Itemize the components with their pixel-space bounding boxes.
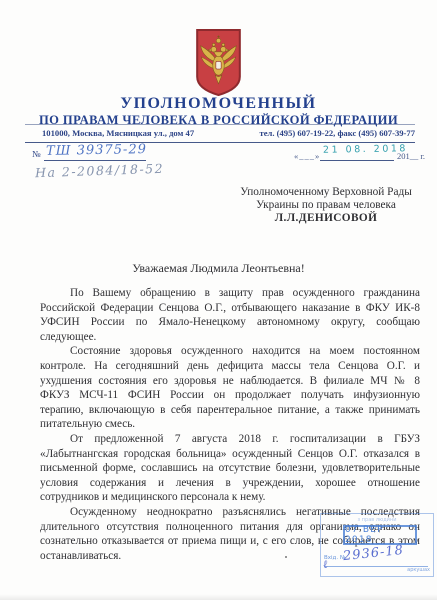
stamp-date-box: 07 ВЕР 2018: [343, 525, 417, 545]
org-address: 101000, Москва, Мясницкая ул., дом 47: [42, 128, 194, 138]
incoming-ref-handwritten: На 2-2084/18-52: [35, 161, 165, 180]
letterhead-contact-row: 101000, Москва, Мясницкая ул., дом 47 те…: [42, 128, 415, 138]
recipient-line2: Украины по правам человека: [226, 199, 426, 212]
scanned-letter-page: УПОЛНОМОЧЕННЫЙ ПО ПРАВАМ ЧЕЛОВЕКА В РОСС…: [0, 0, 437, 600]
stamp-date: 07 ВЕР 2018: [345, 525, 415, 545]
recipient-block: Уполномоченному Верховной Рады Украины п…: [226, 186, 426, 225]
incoming-registry-stamp: з прав людини 07 ВЕР 2018 Вхід. № 2936-1…: [320, 513, 434, 577]
salutation: Уважаемая Людмила Леонтьевна!: [0, 261, 437, 276]
date-year-suffix: 201__ г.: [397, 151, 425, 161]
outgoing-number-label: №: [32, 149, 41, 159]
body-line: контроле. На сегодняшний день дефицита м…: [40, 359, 420, 374]
body-line: питательную смесь.: [40, 417, 420, 432]
body-line: условия содержания и лечения в учреждени…: [40, 476, 420, 491]
recipient-line1: Уполномоченному Верховной Рады: [226, 186, 426, 199]
outgoing-number-handwritten: ТШ 39375-29: [46, 142, 147, 159]
body-line: УФСИН России по Ямало-Ненецкому автономн…: [40, 315, 420, 330]
org-phone-fax: тел. (495) 607-19-22, факс (495) 607-39-…: [259, 128, 415, 138]
org-title-line1: УПОЛНОМОЧЕННЫЙ: [0, 95, 437, 113]
outgoing-number-blank-line: [44, 160, 146, 161]
scan-artifact-dot: [285, 556, 287, 558]
date-day-blank: «___»: [294, 151, 320, 161]
body-line: Состояние здоровья осужденного находится…: [40, 344, 420, 359]
recipient-name: Л.Л.ДЕНИСОВОЙ: [226, 212, 426, 225]
body-line: ухудшения состояния его здоровья не набл…: [40, 374, 420, 389]
received-date-stamp: 21 08. 2018: [323, 143, 408, 155]
body-line: «Лабытнангская городская больница» осужд…: [40, 447, 420, 462]
letterhead-rule-top: [25, 124, 415, 125]
body-line: Российской Федерации Сенцова О.Г., отбыв…: [40, 301, 420, 316]
stamp-faint-header: з прав людини: [321, 517, 433, 523]
body-line: ФКУЗ МСЧ-11 ФСИН России он продолжает по…: [40, 388, 420, 403]
body-line: По Вашему обращению в защиту прав осужде…: [40, 286, 420, 301]
russia-coat-of-arms-icon: [195, 28, 242, 97]
body-line: От предложенной 7 августа 2018 г. госпит…: [40, 432, 420, 447]
body-line: терапию, включающую в себя парентерально…: [40, 403, 420, 418]
stamp-incoming-number-handwritten: 2936-18: [342, 543, 404, 564]
body-line: письменной форме, сославшись на отсутств…: [40, 461, 420, 476]
body-line: следующее.: [40, 330, 420, 345]
org-title-line2: ПО ПРАВАМ ЧЕЛОВЕКА В РОССИЙСКОЙ ФЕДЕРАЦИ…: [0, 113, 437, 128]
body-line: сотрудников и медицинского персонала к н…: [40, 490, 420, 505]
date-blank-line: [320, 160, 394, 161]
stamp-sheets-label: аркушах: [407, 567, 430, 573]
